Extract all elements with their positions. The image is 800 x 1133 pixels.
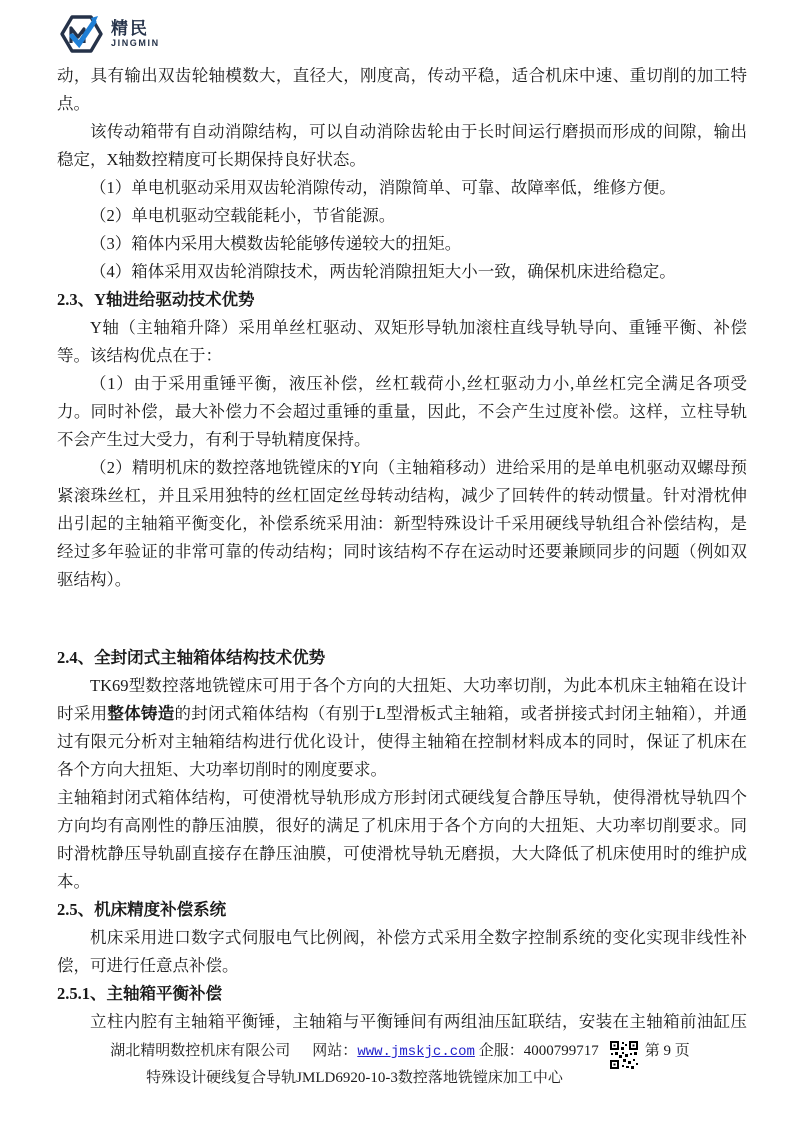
footer-text: 湖北精明数控机床有限公司网站：www.jmskjc.com 企服：4000799… [110,1038,598,1091]
logo-zh-label: 精民 [111,20,160,37]
list-item: （2）单电机驱动空载能耗小，节省能源。 [57,202,747,230]
list-item: （4）箱体采用双齿轮消隙技术，两齿轮消隙扭矩大小一致，确保机床进给稳定。 [57,258,747,286]
website-link[interactable]: www.jmskjc.com [357,1044,475,1060]
qr-code-icon [609,1040,639,1070]
document-body: 动，具有输出双齿轮轴模数大，直径大，刚度高，传动平稳，适合机床中速、重切削的加工… [57,62,747,1092]
document-page: 精民 JINGMIN 动，具有输出双齿轮轴模数大，直径大，刚度高，传动平稳，适合… [0,0,800,1133]
paragraph: 机床采用进口数字式伺服电气比例阀，补偿方式采用全数字控制系统的变化实现非线性补偿… [57,924,747,980]
page-number: 第 9 页 [645,1038,690,1064]
footer-line1: 湖北精明数控机床有限公司网站：www.jmskjc.com 企服：4000799… [110,1038,598,1065]
bold-phrase: 整体铸造 [107,704,174,723]
footer-service-label: 企服： [479,1043,524,1059]
paragraph: 动，具有输出双齿轮轴模数大，直径大，刚度高，传动平稳，适合机床中速、重切削的加工… [57,62,747,118]
page-footer: 湖北精明数控机床有限公司网站：www.jmskjc.com 企服：4000799… [0,1038,800,1108]
paragraph: 主轴箱封闭式箱体结构，可使滑枕导轨形成方形封闭式硬线复合静压导轨，使得滑枕导轨四… [57,784,747,896]
footer-website-label: 网站： [312,1043,357,1059]
paragraph: （1）由于采用重锤平衡，液压补偿，丝杠载荷小,丝杠驱动力小,单丝杠完全满足各项受… [57,370,747,454]
footer-product-line: 特殊设计硬线复合导轨JMLD6920-10-3数控落地铣镗床加工中心 [110,1065,598,1091]
logo-hexagon-icon [58,13,104,55]
footer-service-phone: 4000799717 [524,1043,599,1059]
paragraph: 该传动箱带有自动消隙结构，可以自动消除齿轮由于长时间运行磨损而形成的间隙，输出稳… [57,118,747,174]
section-heading-2-5-1: 2.5.1、主轴箱平衡补偿 [57,980,747,1008]
footer-company: 湖北精明数控机床有限公司 [110,1043,290,1059]
list-item: （3）箱体内采用大模数齿轮能够传递较大的扭矩。 [57,230,747,258]
logo-text: 精民 JINGMIN [111,20,160,48]
logo-en-label: JINGMIN [111,39,160,48]
paragraph: （2）精明机床的数控落地铣镗床的Y向（主轴箱移动）进给采用的是单电机驱动双螺母预… [57,454,747,594]
section-heading-2-3: 2.3、Y轴进给驱动技术优势 [57,286,747,314]
paragraph: TK69型数控落地铣镗床可用于各个方向的大扭矩、大功率切削，为此本机床主轴箱在设… [57,672,747,784]
section-heading-2-4: 2.4、全封闭式主轴箱体结构技术优势 [57,644,747,672]
section-heading-2-5: 2.5、机床精度补偿系统 [57,896,747,924]
logo: 精民 JINGMIN [58,13,160,55]
list-item: （1）单电机驱动采用双齿轮消隙传动，消隙简单、可靠、故障率低，维修方便。 [57,174,747,202]
paragraph: Y轴（主轴箱升降）采用单丝杠驱动、双矩形导轨加滚柱直线导轨导向、重锤平衡、补偿等… [57,314,747,370]
